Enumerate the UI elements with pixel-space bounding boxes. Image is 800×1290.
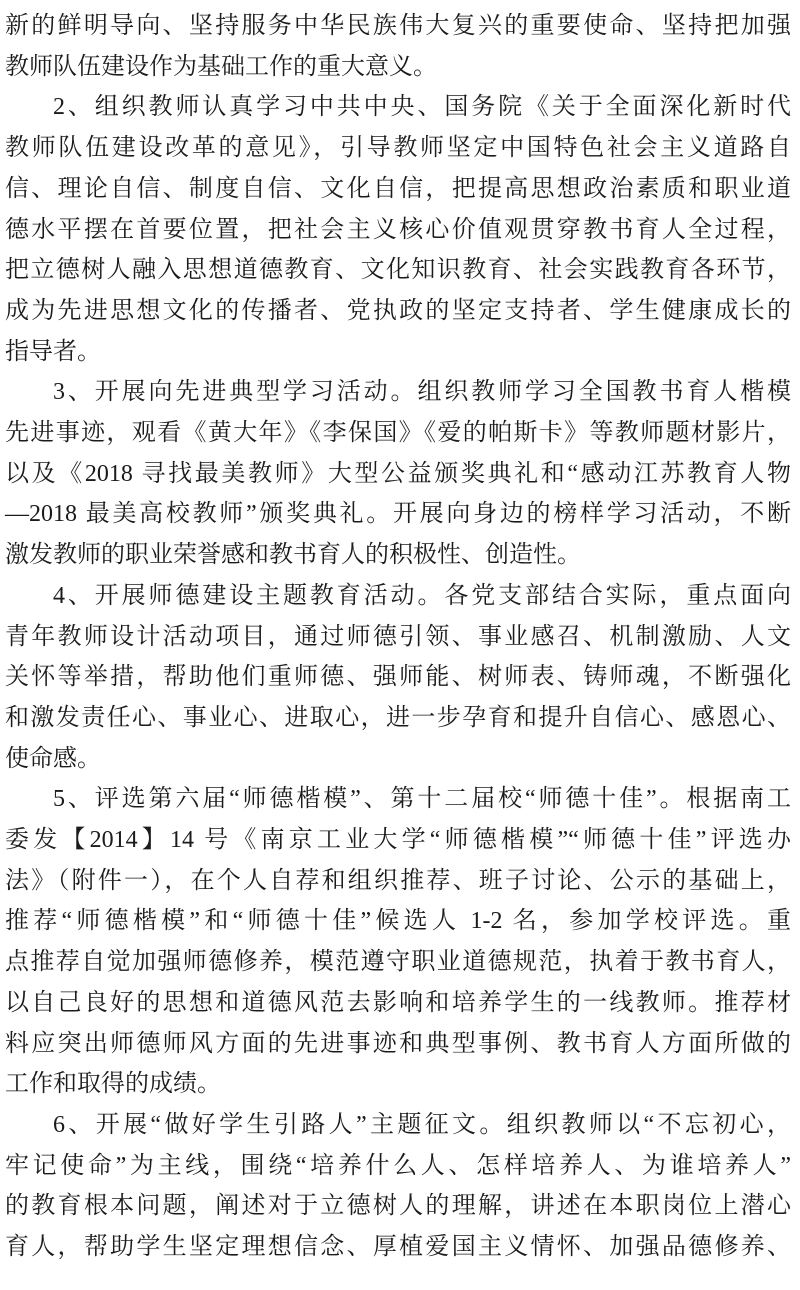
text-line: 青年教师设计活动项目，通过师德引领、事业感召、机制激励、人文: [5, 617, 791, 658]
text-line: 工作和取得的成绩。: [5, 1064, 791, 1105]
paragraph-continuation: 新的鲜明导向、坚持服务中华民族伟大复兴的重要使命、坚持把加强 教师队伍建设作为基…: [5, 6, 791, 87]
text-line: 委发【2014】14 号《南京工业大学“师德楷模”“师德十佳”评选办: [5, 820, 791, 861]
text-line: 德水平摆在首要位置，把社会主义核心价值观贯穿教书育人全过程，: [5, 210, 791, 251]
text-line: 牢记使命”为主线，围绕“培养什么人、怎样培养人、为谁培养人”: [5, 1146, 791, 1187]
text-line: 激发教师的职业荣誉感和教书育人的积极性、创造性。: [5, 535, 791, 576]
text-line: 使命感。: [5, 739, 791, 780]
paragraph-2: 2、组织教师认真学习中共中央、国务院《关于全面深化新时代 教师队伍建设改革的意见…: [5, 87, 791, 372]
text-line: 教师队伍建设作为基础工作的重大意义。: [5, 47, 791, 88]
text-line: 以自己良好的思想和道德风范去影响和培养学生的一线教师。推荐材: [5, 983, 791, 1024]
text-line: 法》（附件一），在个人自荐和组织推荐、班子讨论、公示的基础上，: [5, 861, 791, 902]
text-line: 指导者。: [5, 332, 791, 373]
text-line: 3、开展向先进典型学习活动。组织教师学习全国教书育人楷模: [5, 372, 791, 413]
text-line: 先进事迹，观看《黄大年》《李保国》《爱的帕斯卡》等教师题材影片，: [5, 413, 791, 454]
text-line: 2、组织教师认真学习中共中央、国务院《关于全面深化新时代: [5, 87, 791, 128]
paragraph-6: 6、开展“做好学生引路人”主题征文。组织教师以“不忘初心， 牢记使命”为主线，围…: [5, 1105, 791, 1268]
text-line: 关怀等举措，帮助他们重师德、强师能、树师表、铸师魂，不断强化: [5, 657, 791, 698]
text-line: 4、开展师德建设主题教育活动。各党支部结合实际，重点面向: [5, 576, 791, 617]
text-line: 和激发责任心、事业心、进取心，进一步孕育和提升自信心、感恩心、: [5, 698, 791, 739]
text-line: 新的鲜明导向、坚持服务中华民族伟大复兴的重要使命、坚持把加强: [5, 6, 791, 47]
text-line: 育人，帮助学生坚定理想信念、厚植爱国主义情怀、加强品德修养、: [5, 1227, 791, 1268]
text-line: 以及《2018 寻找最美教师》大型公益颁奖典礼和“感动江苏教育人物: [5, 454, 791, 495]
text-line: —2018 最美高校教师”颁奖典礼。开展向身边的榜样学习活动，不断: [5, 494, 791, 535]
text-line: 信、理论自信、制度自信、文化自信，把提高思想政治素质和职业道: [5, 169, 791, 210]
paragraph-3: 3、开展向先进典型学习活动。组织教师学习全国教书育人楷模 先进事迹，观看《黄大年…: [5, 372, 791, 576]
text-line: 成为先进思想文化的传播者、党执政的坚定支持者、学生健康成长的: [5, 291, 791, 332]
paragraph-5: 5、评选第六届“师德楷模”、第十二届校“师德十佳”。根据南工 委发【2014】1…: [5, 779, 791, 1105]
text-line: 5、评选第六届“师德楷模”、第十二届校“师德十佳”。根据南工: [5, 779, 791, 820]
text-line: 推荐“师德楷模”和“师德十佳”候选人 1-2 名，参加学校评选。重: [5, 901, 791, 942]
text-line: 把立德树人融入思想道德教育、文化知识教育、社会实践教育各环节，: [5, 250, 791, 291]
document-page: 新的鲜明导向、坚持服务中华民族伟大复兴的重要使命、坚持把加强 教师队伍建设作为基…: [0, 0, 800, 1290]
text-line: 点推荐自觉加强师德修养，模范遵守职业道德规范，执着于教书育人，: [5, 942, 791, 983]
text-line: 的教育根本问题，阐述对于立德树人的理解，讲述在本职岗位上潜心: [5, 1186, 791, 1227]
text-line: 教师队伍建设改革的意见》，引导教师坚定中国特色社会主义道路自: [5, 128, 791, 169]
paragraph-4: 4、开展师德建设主题教育活动。各党支部结合实际，重点面向 青年教师设计活动项目，…: [5, 576, 791, 780]
text-line: 料应突出师德师风方面的先进事迹和典型事例、教书育人方面所做的: [5, 1024, 791, 1065]
text-line: 6、开展“做好学生引路人”主题征文。组织教师以“不忘初心，: [5, 1105, 791, 1146]
